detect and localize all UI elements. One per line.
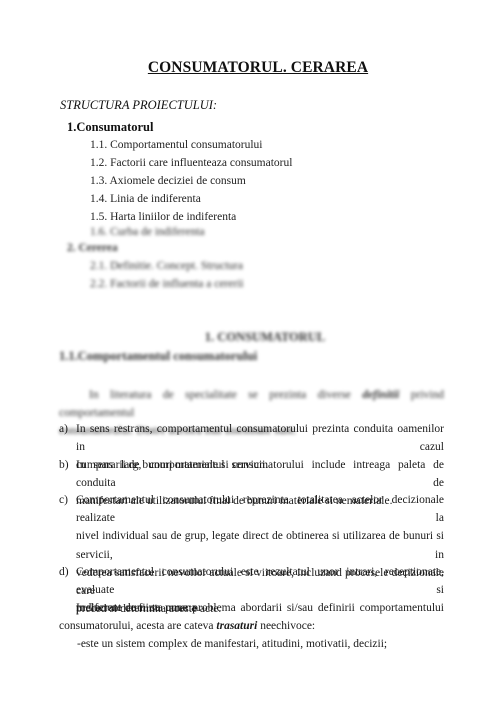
section-heading: 1. CONSUMATORUL xyxy=(30,330,500,345)
closing-text-emphasis: trasaturi xyxy=(216,620,257,632)
definition-line: nivel individual sau de grup, legate dir… xyxy=(76,527,444,563)
closing-bullet-1: -este un sistem complex de manifestari, … xyxy=(59,635,444,653)
toc-item-1-4: 1.4. Linia de indiferenta xyxy=(90,193,201,205)
definition-line: Comportamentul consumatorului este rezul… xyxy=(76,563,444,599)
toc-item-2-1: 2.1. Definitie. Concept. Structura xyxy=(90,260,243,272)
toc-item-1-3: 1.3. Axiomele deciziei de consum xyxy=(90,175,246,187)
closing-line-1: Indiferent cum se pune problema abordari… xyxy=(59,599,444,617)
document-page: CONSUMATORUL. CERAREA STRUCTURA PROIECTU… xyxy=(0,0,500,707)
toc-item-1-6: 1.6. Curba de indiferenta xyxy=(90,226,205,238)
closing-text-pre: consumatorului, acesta are cateva xyxy=(59,620,216,632)
intro-text-bold: definitii xyxy=(362,389,399,401)
closing-paragraph: Indiferent cum se pune problema abordari… xyxy=(59,599,444,654)
intro-text-pre: In literatura de specialitate se prezint… xyxy=(89,389,362,401)
definition-line: In sens restrans, comportamentul consuma… xyxy=(76,420,444,456)
definition-line: In sens larg, comportamentul consumatoru… xyxy=(76,456,444,492)
structure-heading: STRUCTURA PROIECTULUI: xyxy=(60,98,217,113)
definition-marker: b) xyxy=(59,456,69,474)
toc-item-2-2: 2.2. Factorii de influenta a cererii xyxy=(90,278,244,290)
toc-item-1-2: 1.2. Factorii care influenteaza consumat… xyxy=(90,157,292,169)
toc-item-1-5: 1.5. Harta liniilor de indiferenta xyxy=(90,211,236,223)
closing-text-post: neechivoce: xyxy=(257,620,315,632)
definition-marker: a) xyxy=(59,420,68,438)
toc-item-1-1: 1.1. Comportamentul consumatorului xyxy=(90,139,262,151)
toc-chapter-2: 2. Cererea xyxy=(67,242,118,254)
document-title: CONSUMATORUL. CERAREA xyxy=(0,59,500,77)
subsection-heading: 1.1.Comportamentul consumatorului xyxy=(59,349,257,364)
closing-line-2: consumatorului, acesta are cateva trasat… xyxy=(59,617,444,635)
definition-line: Comportamentul consumatorului reprezinta… xyxy=(76,491,444,527)
definition-marker: d) xyxy=(59,563,69,581)
definition-marker: c) xyxy=(59,491,68,509)
toc-chapter-1: 1.Consumatorul xyxy=(67,120,153,135)
